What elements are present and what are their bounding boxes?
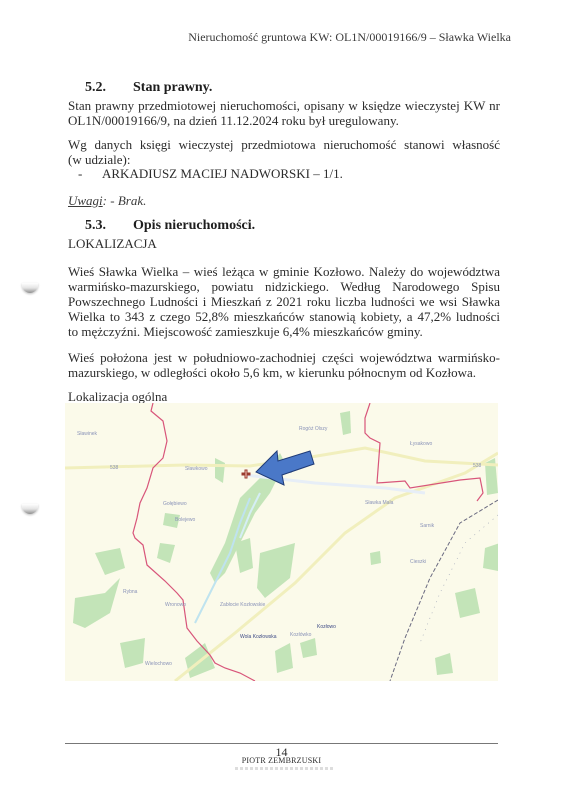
footer-author: PIOTR ZEMBRZUSKI <box>0 756 563 765</box>
location-paragraph-line: warmińsko-mazurskiego, powiatu nidzickie… <box>68 279 500 294</box>
running-header: Nieruchomość gruntowa KW: OL1N/00019166/… <box>188 30 511 45</box>
section-number: 5.3. <box>85 218 133 234</box>
binder-hole-icon <box>22 504 38 514</box>
ownership-paragraph-line2: (w udziale): <box>68 152 500 167</box>
owner-list-item: -ARKADIUSZ MACIEJ NADWORSKI – 1/1. <box>68 166 343 181</box>
svg-text:Sławinek: Sławinek <box>77 431 98 437</box>
remarks: Uwagi: - Brak. <box>68 193 146 209</box>
location-paragraph-line: Powszechnego Ludności i Mieszkań z 2021 … <box>68 294 500 309</box>
location-paragraph-line: Wielka to 343 z czego 52,8% mieszkańców … <box>68 309 500 324</box>
svg-text:538: 538 <box>473 463 482 469</box>
section-title: Opis nieruchomości. <box>133 218 255 233</box>
remarks-label: Uwagi <box>68 193 103 208</box>
svg-text:Sarnik: Sarnik <box>420 523 435 529</box>
label-town: Kozłowo <box>317 624 336 630</box>
binder-hole-icon <box>22 283 38 293</box>
svg-text:Kozłówko: Kozłówko <box>290 632 312 638</box>
svg-text:Wola Kozłowska: Wola Kozłowska <box>240 634 277 640</box>
svg-text:Wronowo: Wronowo <box>165 602 186 608</box>
footer-divider <box>65 743 498 744</box>
section-heading-5-3: 5.3.Opis nieruchomości. <box>85 218 255 234</box>
section-title: Stan prawny. <box>133 80 212 95</box>
svg-text:538: 538 <box>110 465 119 471</box>
map-canvas: Sławinek Sławkowo 538 538 538 Gołębiewo … <box>65 403 498 681</box>
forest-areas <box>73 411 498 678</box>
label-village-small: Sławka Mała <box>365 500 394 506</box>
list-dash: - <box>68 166 102 181</box>
location-map: Sławinek Sławkowo 538 538 538 Gołębiewo … <box>65 403 498 681</box>
svg-text:Zabłocie Kozłowskie: Zabłocie Kozłowskie <box>220 602 266 608</box>
svg-text:Sławkowo: Sławkowo <box>185 466 208 472</box>
footer-faint-text <box>235 767 335 770</box>
location-cross-icon <box>242 470 251 479</box>
svg-text:Bolejewo: Bolejewo <box>175 517 196 523</box>
svg-text:Rybna: Rybna <box>123 589 138 595</box>
location-paragraph-line: Wieś Sławka Wielka – wieś leżąca w gmini… <box>68 264 500 279</box>
subheading-lokalizacja: LOKALIZACJA <box>68 236 157 252</box>
position-paragraph-line: mazurskiego, w odległości około 5,6 km, … <box>68 365 500 380</box>
location-paragraph-line: to mężczyźni. Miejscowość zamieszkuje 6,… <box>68 324 500 339</box>
remarks-value: : - Brak. <box>103 193 147 208</box>
section-heading-5-2: 5.2.Stan prawny. <box>85 80 212 96</box>
ownership-paragraph-line1: Wg danych księgi wieczystej przedmiotowa… <box>68 137 500 152</box>
svg-text:Wielochowo: Wielochowo <box>145 661 172 667</box>
legal-status-paragraph-line1: Stan prawny przedmiotowej nieruchomości,… <box>68 98 500 113</box>
svg-text:Łysakowo: Łysakowo <box>410 441 432 447</box>
owner-name: ARKADIUSZ MACIEJ NADWORSKI – 1/1. <box>102 166 343 181</box>
svg-text:Cieszki: Cieszki <box>410 559 426 565</box>
svg-text:Gołębiewo: Gołębiewo <box>163 501 187 507</box>
section-number: 5.2. <box>85 80 133 96</box>
legal-status-paragraph-line2: OL1N/00019166/9, na dzień 11.12.2024 rok… <box>68 113 500 128</box>
svg-text:Rogóż Olszy: Rogóż Olszy <box>299 426 328 432</box>
position-paragraph-line: Wieś położona jest w południowo-zachodni… <box>68 350 500 365</box>
